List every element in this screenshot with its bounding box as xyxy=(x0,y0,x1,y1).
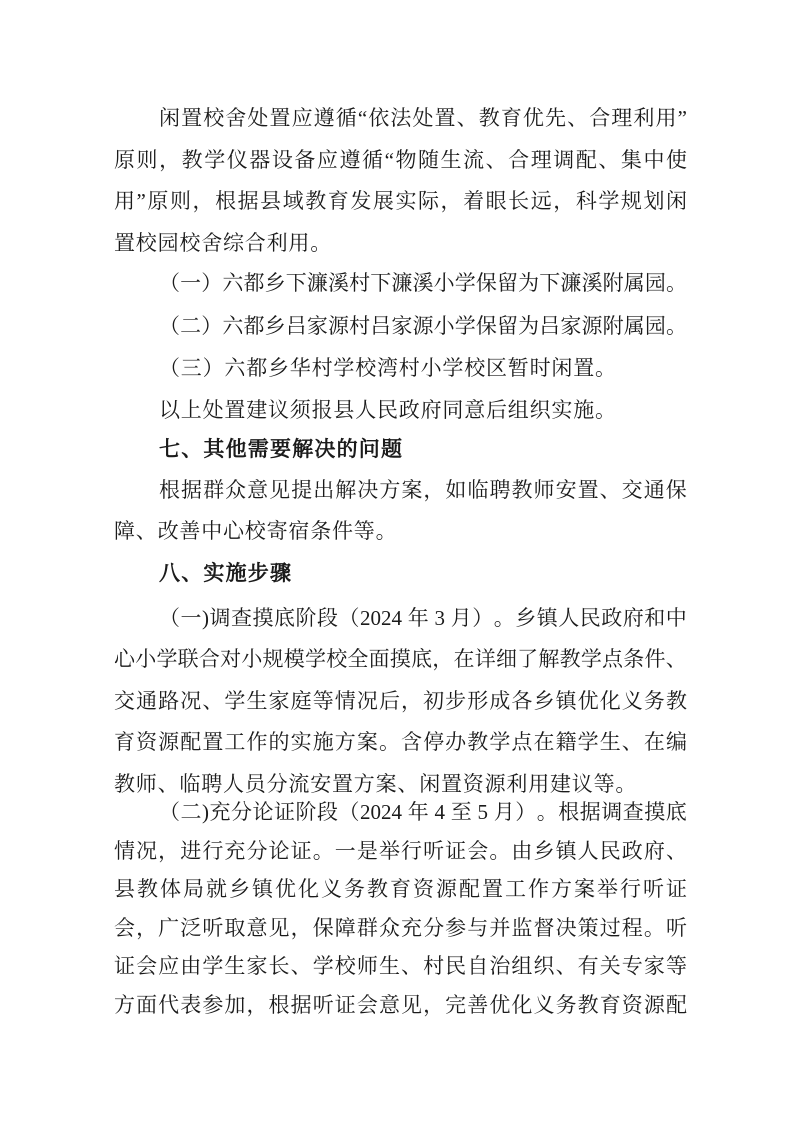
text-line: 会，广泛听取意见，保障群众充分参与并监督决策过程。听 xyxy=(114,909,687,948)
text-line: 障、改善中心校寄宿条件等。 xyxy=(114,511,687,552)
para-approval-note: 以上处置建议须报县人民政府同意后组织实施。 xyxy=(114,389,687,431)
para-other-issues: 根据群众意见提出解决方案，如临聘教师安置、交通保 障、改善中心校寄宿条件等。 xyxy=(114,470,687,551)
para-step-2-demonstration: （二)充分论证阶段（2024 年 4 至 5 月）。根据调查摸底 情况，进行充分… xyxy=(114,793,687,1025)
text-line: 县教体局就乡镇优化义务教育资源配置工作方案举行听证 xyxy=(114,870,687,909)
text-line: 交通路况、学生家庭等情况后，初步形成各乡镇优化义务教 xyxy=(114,681,687,722)
text-line: （二)充分论证阶段（2024 年 4 至 5 月）。根据调查摸底 xyxy=(114,793,687,832)
list-item-1: （一）六都乡下濂溪村下濂溪小学保留为下濂溪附属园。 xyxy=(114,262,687,304)
text-line: 置校园校舍综合利用。 xyxy=(114,223,687,265)
text-line: 根据群众意见提出解决方案，如临聘教师安置、交通保 xyxy=(114,470,687,511)
para-idle-campus-principles: 闲置校舍处置应遵循“依法处置、教育优先、合理利用” 原则，教学仪器设备应遵循“物… xyxy=(114,98,687,264)
para-step-1-survey: （一)调查摸底阶段（2024 年 3 月）。乡镇人民政府和中 心小学联合对小规模… xyxy=(114,598,687,805)
text-line: 以上处置建议须报县人民政府同意后组织实施。 xyxy=(114,389,687,431)
text-line: （三）六都乡华村学校湾村小学校区暂时闲置。 xyxy=(114,347,687,389)
text-line: 原则，教学仪器设备应遵循“物随生流、合理调配、集中使 xyxy=(114,140,687,182)
section-heading: 八、实施步骤 xyxy=(114,552,687,594)
text-line: 方面代表参加，根据听证会意见，完善优化义务教育资源配 xyxy=(114,986,687,1025)
text-line: 证会应由学生家长、学校师生、村民自治组织、有关专家等 xyxy=(114,947,687,986)
text-line: 用”原则，根据县域教育发展实际，着眼长远，科学规划闲 xyxy=(114,181,687,223)
heading-section-8: 八、实施步骤 xyxy=(114,552,687,594)
text-line: 情况，进行充分论证。一是举行听证会。由乡镇人民政府、 xyxy=(114,832,687,871)
heading-section-7: 七、其他需要解决的问题 xyxy=(114,428,687,470)
section-heading: 七、其他需要解决的问题 xyxy=(114,428,687,470)
text-line: （二）六都乡吕家源村吕家源小学保留为吕家源附属园。 xyxy=(114,305,687,347)
text-line: 心小学联合对小规模学校全面摸底，在详细了解教学点条件、 xyxy=(114,639,687,680)
text-line: （一）六都乡下濂溪村下濂溪小学保留为下濂溪附属园。 xyxy=(114,262,687,304)
list-item-3: （三）六都乡华村学校湾村小学校区暂时闲置。 xyxy=(114,347,687,389)
document-page: 闲置校舍处置应遵循“依法处置、教育优先、合理利用” 原则，教学仪器设备应遵循“物… xyxy=(0,0,793,1122)
list-item-2: （二）六都乡吕家源村吕家源小学保留为吕家源附属园。 xyxy=(114,305,687,347)
text-line: （一)调查摸底阶段（2024 年 3 月）。乡镇人民政府和中 xyxy=(114,598,687,639)
text-line: 闲置校舍处置应遵循“依法处置、教育优先、合理利用” xyxy=(114,98,687,140)
text-line: 育资源配置工作的实施方案。含停办教学点在籍学生、在编 xyxy=(114,722,687,763)
